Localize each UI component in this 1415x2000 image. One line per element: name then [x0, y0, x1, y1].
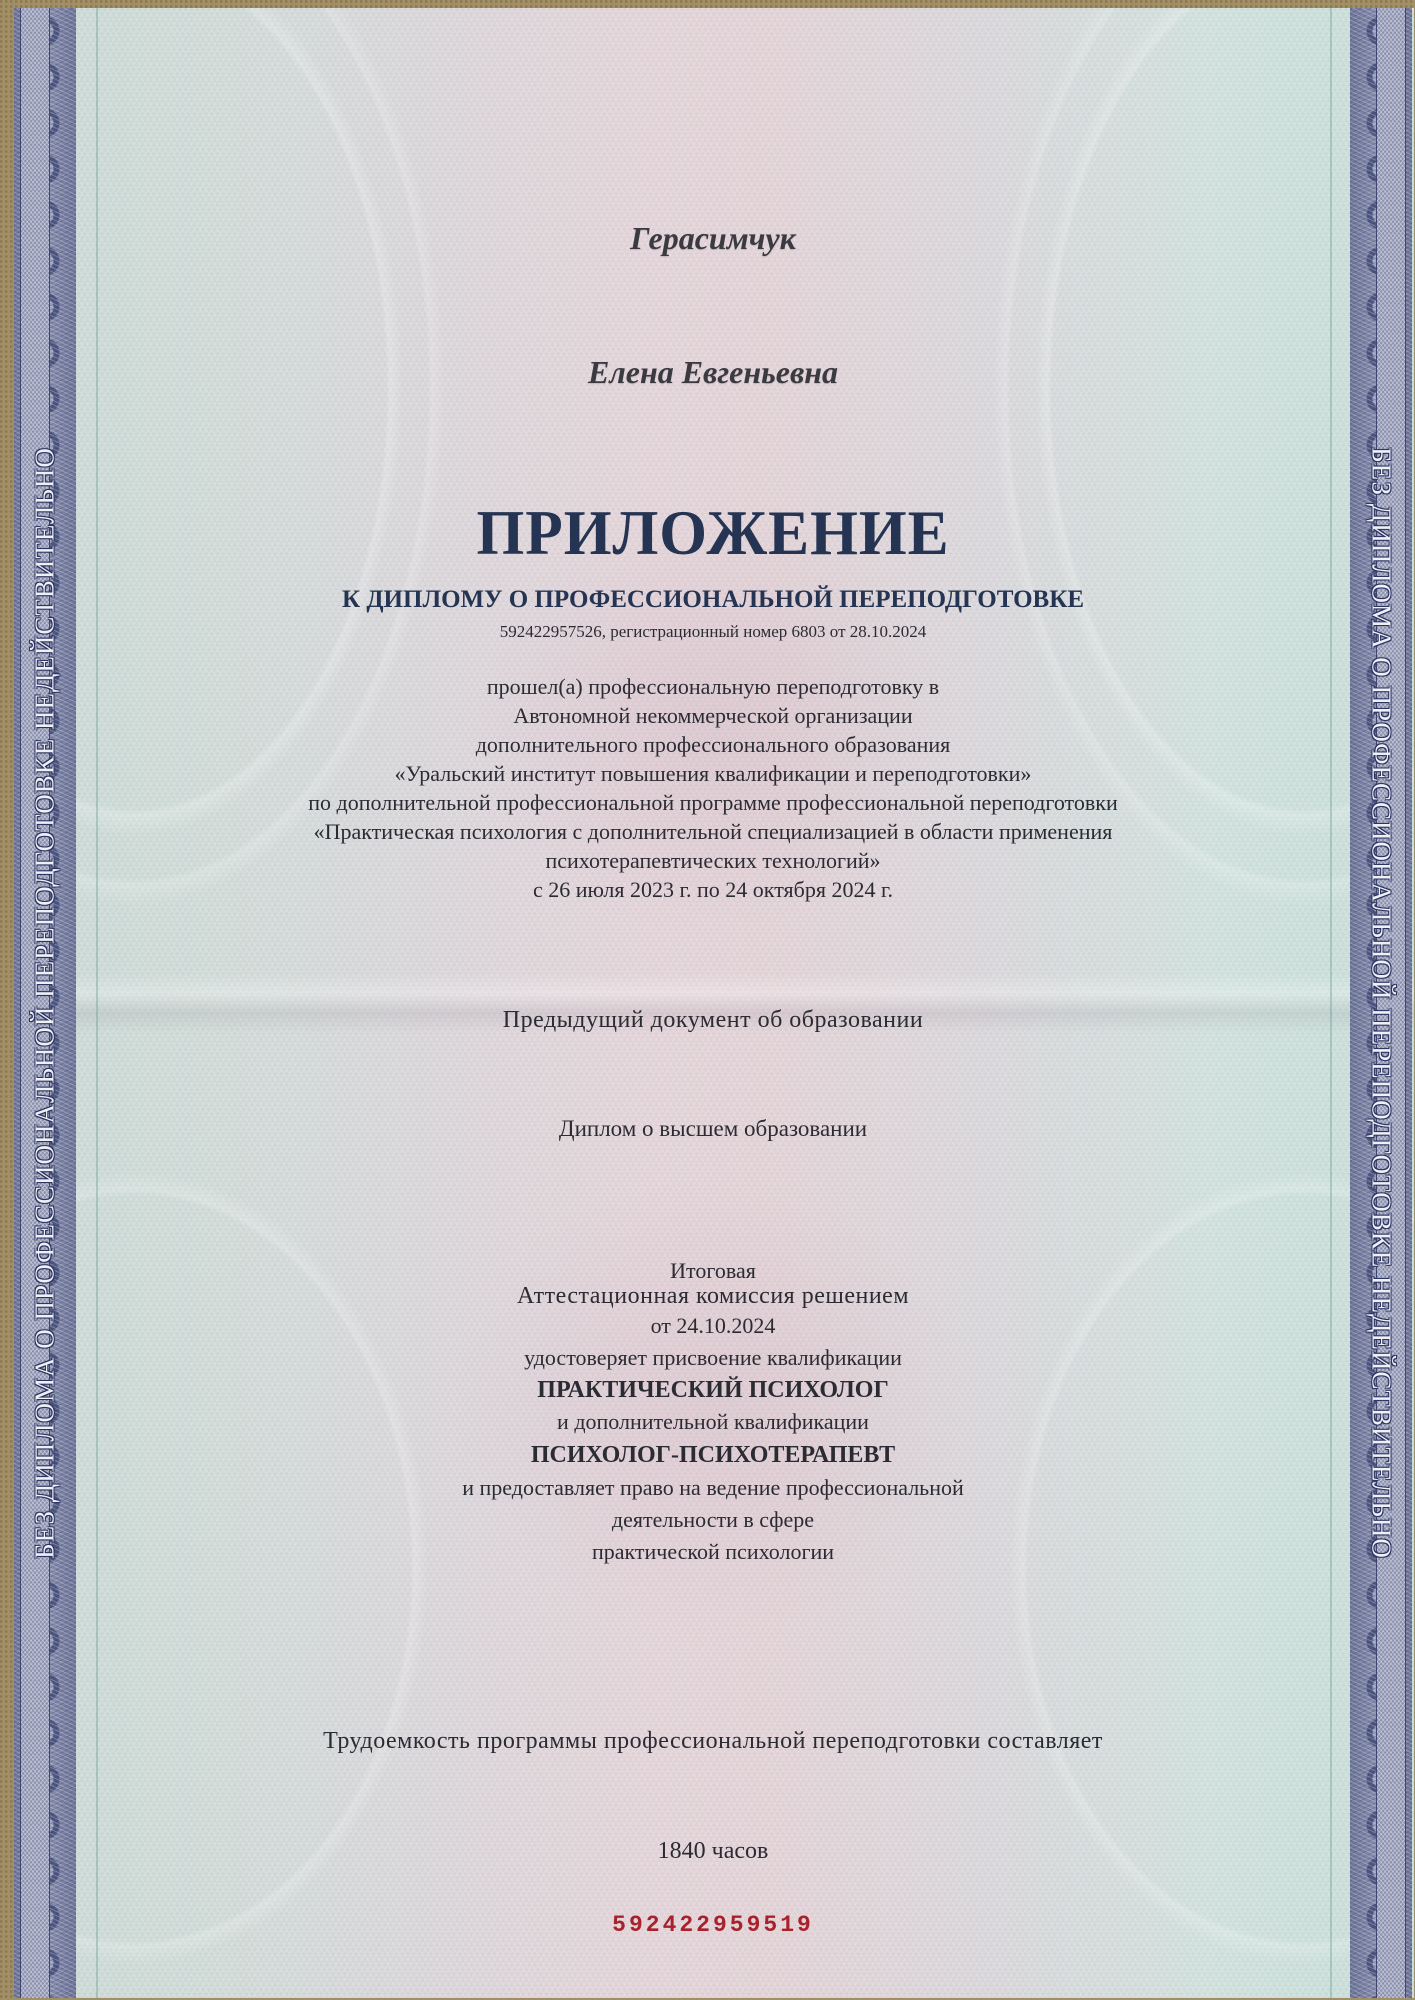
training-line: прошел(а) профессиональную переподготовк…	[76, 672, 1350, 701]
commission-line: деятельности в сфере	[76, 1504, 1350, 1536]
training-line: по дополнительной профессиональной прогр…	[76, 788, 1350, 817]
given-names: Елена Евгеньевна	[76, 354, 1350, 391]
commission-line: Аттестационная комиссия решением	[76, 1282, 1350, 1310]
border-warning-text-left: БЕЗ ДИПЛОМА О ПРОФЕССИОНАЛЬНОЙ ПЕРЕПОДГО…	[30, 447, 61, 1559]
document-title: ПРИЛОЖЕНИЕ	[101, 496, 1324, 570]
diploma-supplement-sheet: БЕЗ ДИПЛОМА О ПРОФЕССИОНАЛЬНОЙ ПЕРЕПОДГО…	[14, 8, 1414, 1998]
institution-name: «Уральский институт повышения квалификац…	[76, 759, 1350, 788]
registration-line: 592422957526, регистрационный номер 6803…	[76, 622, 1350, 642]
commission-line: практической психологии	[76, 1536, 1350, 1568]
left-security-border: БЕЗ ДИПЛОМА О ПРОФЕССИОНАЛЬНОЙ ПЕРЕПОДГО…	[14, 8, 76, 1998]
workload-value: 1840 часов	[76, 1838, 1350, 1865]
additional-qualification: ПСИХОЛОГ-ПСИХОТЕРАПЕВТ	[76, 1438, 1350, 1472]
serial-number: 592422959519	[76, 1912, 1350, 1938]
commission-block: Итоговая Аттестационная комиссия решение…	[76, 1260, 1350, 1568]
commission-line: Итоговая	[76, 1260, 1350, 1282]
previous-document-value: Диплом о высшем образовании	[76, 1114, 1350, 1143]
training-line: дополнительного профессионального образо…	[76, 730, 1350, 759]
training-line: Автономной некоммерческой организации	[76, 701, 1350, 730]
surname: Герасимчук	[76, 220, 1350, 257]
workload-label: Трудоемкость программы профессиональной …	[76, 1728, 1350, 1755]
previous-document-label: Предыдущий документ об образовании	[76, 1007, 1350, 1034]
photo-background: БЕЗ ДИПЛОМА О ПРОФЕССИОНАЛЬНОЙ ПЕРЕПОДГО…	[0, 0, 1415, 2000]
commission-line: и дополнительной квалификации	[76, 1406, 1350, 1438]
commission-line: удостоверяет присвоение квалификации	[76, 1342, 1350, 1374]
program-name-cont: психотерапевтических технологий»	[76, 846, 1350, 875]
commission-date: от 24.10.2024	[76, 1310, 1350, 1342]
training-block: прошел(а) профессиональную переподготовк…	[76, 672, 1350, 904]
document-subtitle: К ДИПЛОМУ О ПРОФЕССИОНАЛЬНОЙ ПЕРЕПОДГОТО…	[76, 586, 1350, 614]
program-name: «Практическая психология с дополнительно…	[76, 817, 1350, 846]
qualification: ПРАКТИЧЕСКИЙ ПСИХОЛОГ	[76, 1374, 1350, 1406]
border-warning-text-right: БЕЗ ДИПЛОМА О ПРОФЕССИОНАЛЬНОЙ ПЕРЕПОДГО…	[1366, 447, 1397, 1559]
training-period: с 26 июля 2023 г. по 24 октября 2024 г.	[76, 875, 1350, 904]
document-content: Герасимчук Елена Евгеньевна ПРИЛОЖЕНИЕ К…	[76, 8, 1350, 1998]
right-security-border: БЕЗ ДИПЛОМА О ПРОФЕССИОНАЛЬНОЙ ПЕРЕПОДГО…	[1350, 8, 1412, 1998]
commission-line: и предоставляет право на ведение професс…	[76, 1472, 1350, 1504]
